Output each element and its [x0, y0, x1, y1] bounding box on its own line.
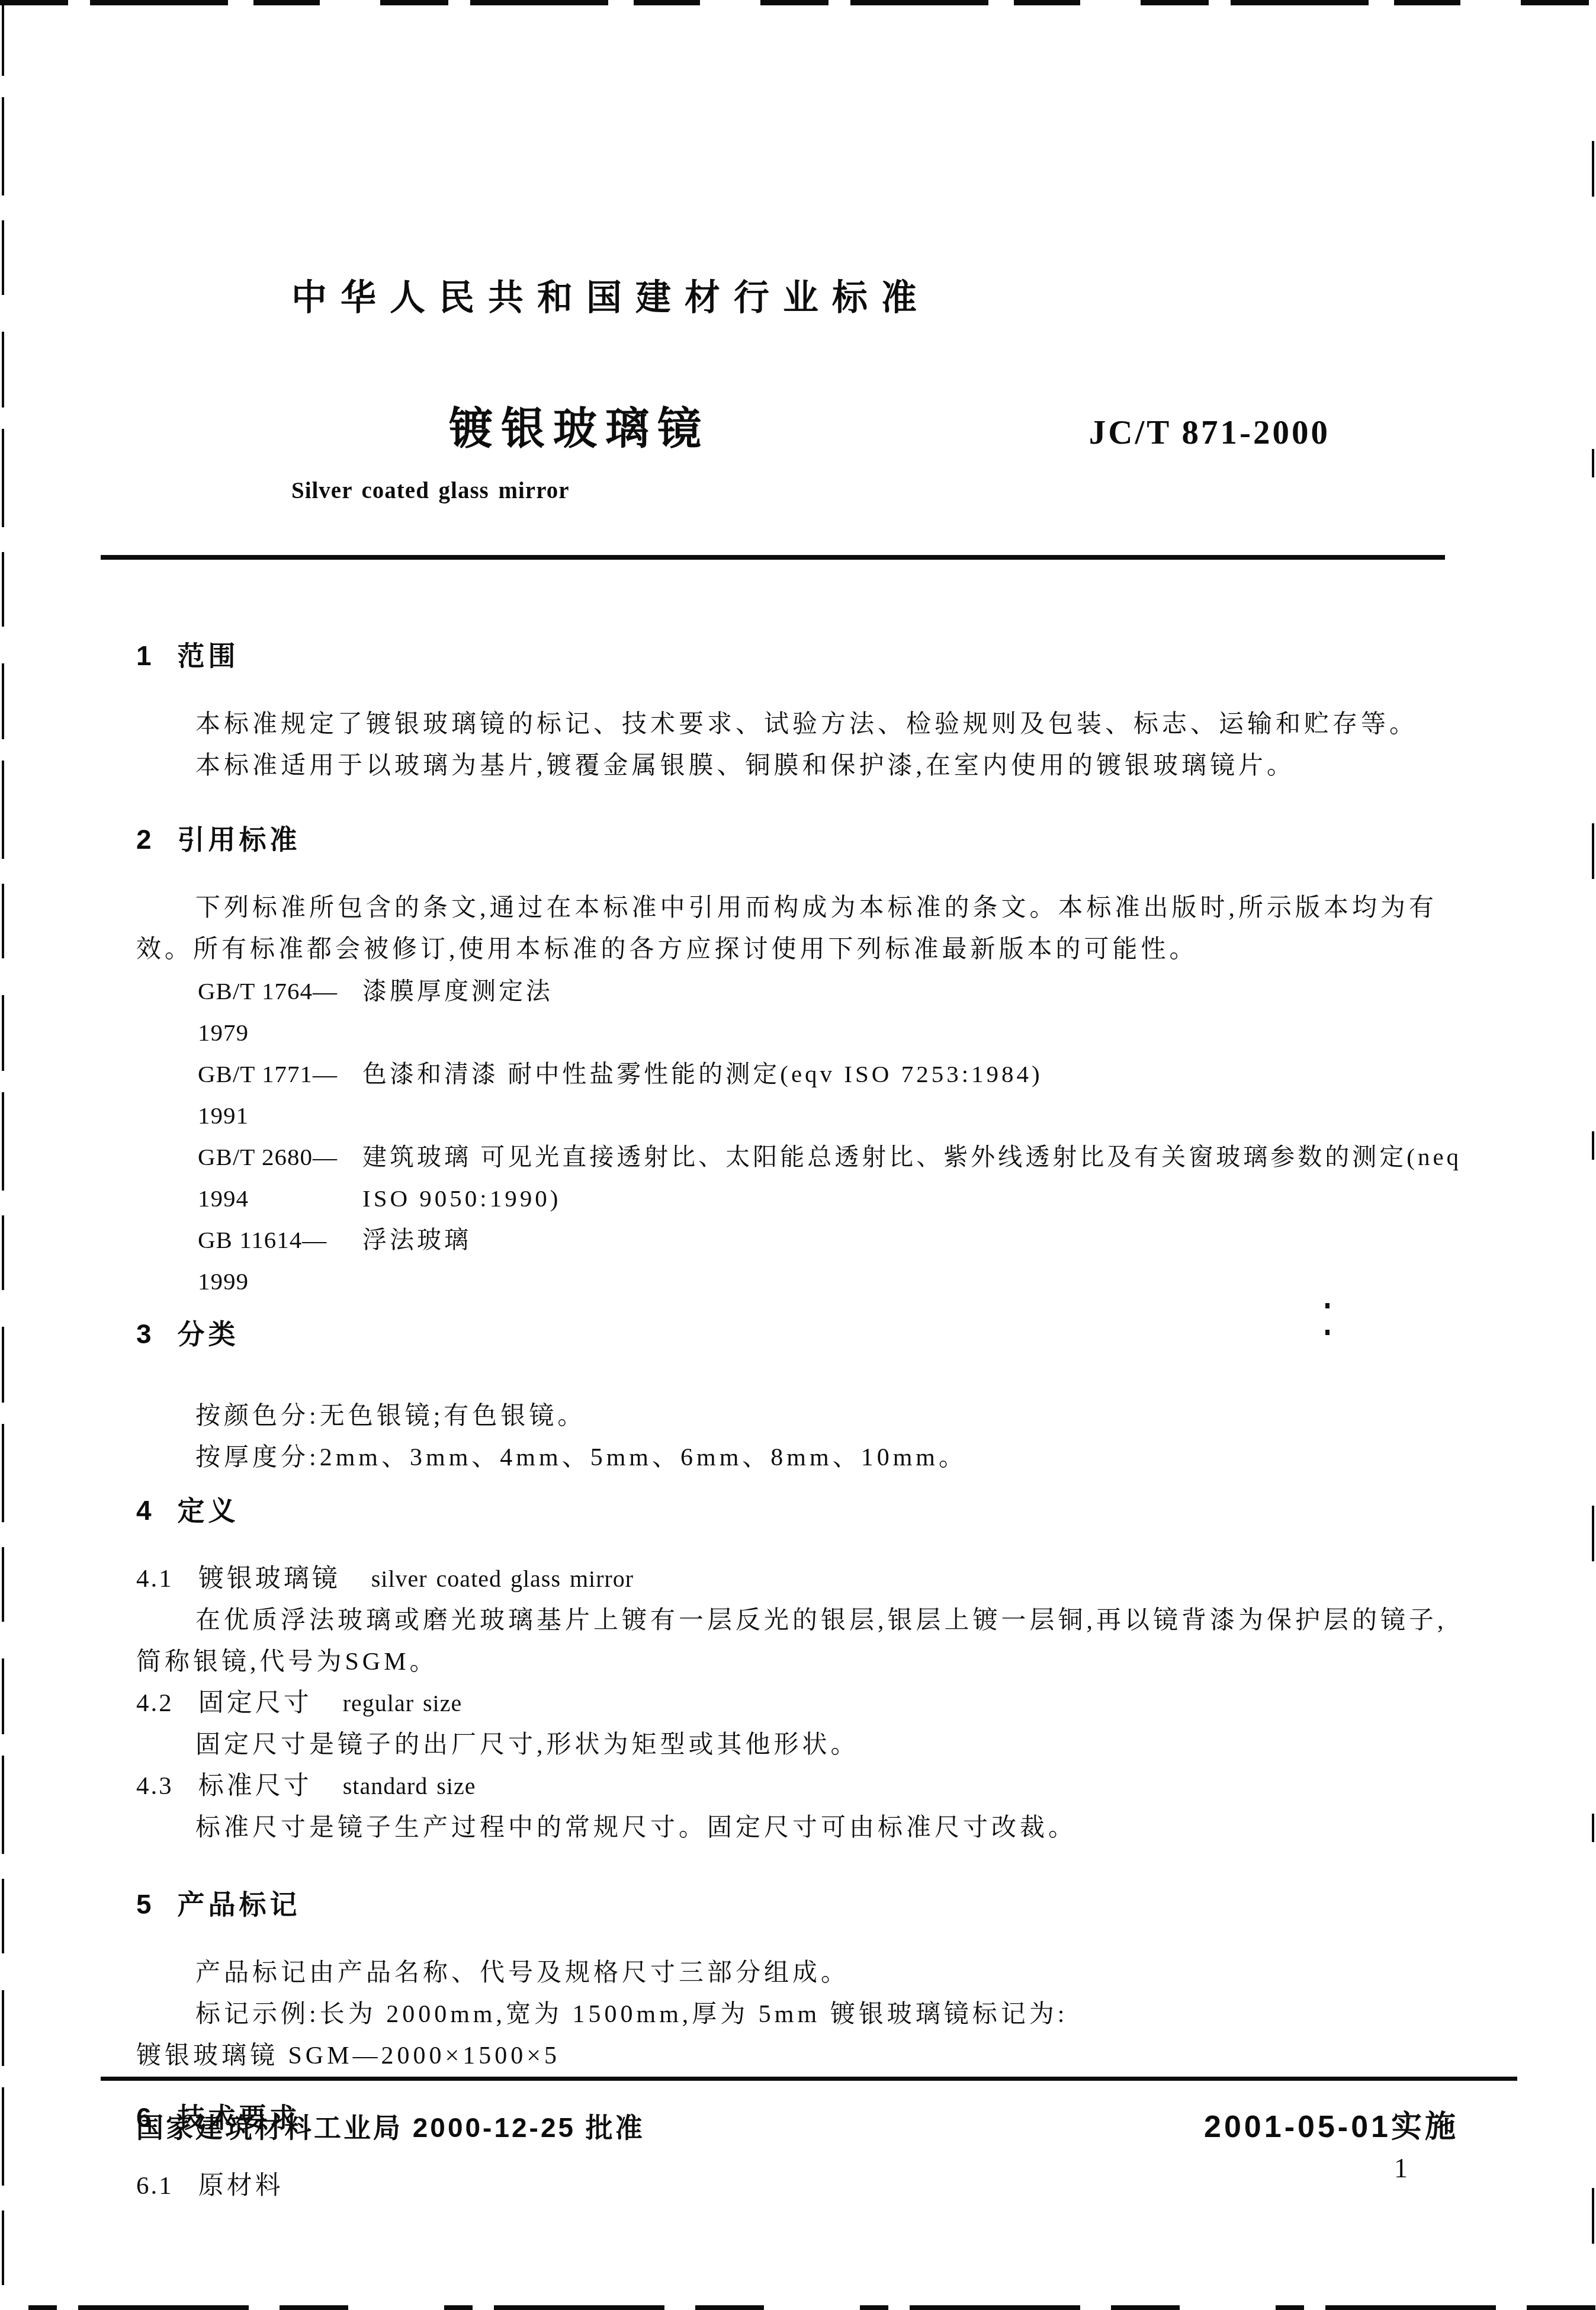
section-1-title: 范围	[178, 640, 239, 671]
term-chinese: 镀银玻璃镜	[198, 1565, 341, 1593]
section-5-title: 产品标记	[178, 1889, 301, 1920]
classification-by-thickness: 按厚度分:2mm、3mm、4mm、5mm、6mm、8mm、10mm。	[136, 1437, 1463, 1478]
section-3-body: 按颜色分:无色银镜;有色银镜。 按厚度分:2mm、3mm、4mm、5mm、6mm…	[136, 1395, 1463, 1478]
section-normative-references: 2引用标准 下列标准所包含的条文,通过在本标准中引用而构成为本标准的条文。本标准…	[136, 822, 1463, 1302]
section-3-heading: 3分类	[136, 1317, 1463, 1351]
footer-row: 国家建筑材料工业局 2000-12-25 批准 2001-05-01实施	[136, 2102, 1459, 2146]
section-4-heading: 4定义	[136, 1493, 1463, 1528]
section-3-title: 分类	[178, 1318, 239, 1349]
clause-number: 6.1	[136, 2172, 174, 2200]
section-1-heading: 1范围	[136, 639, 1463, 673]
section-4-number: 4	[136, 1495, 152, 1526]
section-4-title: 定义	[178, 1495, 239, 1526]
definition-term-row: 4.1镀银玻璃镜silver coated glass mirror	[136, 1558, 1463, 1600]
footer-divider-rule	[101, 2077, 1517, 2081]
subclause-row: 6.1原材料	[136, 2165, 1463, 2207]
definition-text: 固定尺寸是镜子的出厂尺寸,形状为矩型或其他形状。	[136, 1724, 1463, 1766]
references-intro: 下列标准所包含的条文,通过在本标准中引用而构成为本标准的条文。本标准出版时,所示…	[136, 887, 1463, 970]
reference-title: 浮法玻璃	[362, 1219, 1463, 1302]
standard-number: JC/T 871-2000	[1089, 413, 1330, 452]
title-divider-rule	[101, 555, 1445, 560]
clause-number: 4.1	[136, 1565, 174, 1593]
section-4-body: 4.1镀银玻璃镜silver coated glass mirror 在优质浮法…	[136, 1558, 1463, 1849]
section-5-heading: 5产品标记	[136, 1887, 1463, 1921]
scope-paragraph-2: 本标准适用于以玻璃为基片,镀覆金属银膜、铜膜和保护漆,在室内使用的镀银玻璃镜片。	[136, 745, 1463, 787]
classification-by-color: 按颜色分:无色银镜;有色银镜。	[136, 1395, 1463, 1437]
section-6-body: 6.1原材料	[136, 2165, 1463, 2207]
reference-item: GB 11614—1999 浮法玻璃	[198, 1219, 1463, 1302]
definition-text: 标准尺寸是镜子生产过程中的常规尺寸。固定尺寸可由标准尺寸改裁。	[136, 1807, 1463, 1849]
approval-statement: 国家建筑材料工业局 2000-12-25 批准	[136, 2106, 645, 2145]
subclause-title: 原材料	[198, 2172, 284, 2200]
section-1-body: 本标准规定了镀银玻璃镜的标记、技术要求、试验方法、检验规则及包装、标志、运输和贮…	[136, 704, 1463, 787]
clause-number: 4.2	[136, 1689, 174, 1717]
implementation-date: 2001-05-01实施	[1204, 2102, 1459, 2146]
term-english: regular size	[343, 1690, 462, 1717]
section-definitions: 4定义 4.1镀银玻璃镜silver coated glass mirror 在…	[136, 1493, 1463, 1849]
section-2-number: 2	[136, 824, 152, 855]
standard-kicker: 中华人民共和国建材行业标准	[291, 278, 1463, 317]
section-5-number: 5	[136, 1889, 152, 1920]
scanned-standard-page: 中华人民共和国建材行业标准 镀银玻璃镜 JC/T 871-2000 Silver…	[0, 0, 1596, 2310]
document-content: 中华人民共和国建材行业标准 镀银玻璃镜 JC/T 871-2000 Silver…	[0, 0, 1596, 2207]
reference-title: 色漆和清漆 耐中性盐雾性能的测定(eqv ISO 7253:1984)	[362, 1053, 1463, 1136]
marking-composition: 产品标记由产品名称、代号及规格尺寸三部分组成。	[136, 1952, 1463, 1994]
scope-paragraph-1: 本标准规定了镀银玻璃镜的标记、技术要求、试验方法、检验规则及包装、标志、运输和贮…	[136, 704, 1463, 745]
reference-item: GB/T 1771—1991 色漆和清漆 耐中性盐雾性能的测定(eqv ISO …	[198, 1053, 1463, 1136]
reference-code: GB/T 1764—1979	[198, 970, 362, 1053]
marking-example-intro: 标记示例:长为 2000mm,宽为 1500mm,厚为 5mm 镀银玻璃镜标记为…	[136, 1994, 1463, 2035]
section-3-number: 3	[136, 1318, 152, 1349]
scan-border-bottom	[0, 2305, 1596, 2310]
title-row: 镀银玻璃镜 JC/T 871-2000	[136, 405, 1463, 453]
section-2-title: 引用标准	[178, 824, 301, 855]
reference-code: GB 11614—1999	[198, 1219, 362, 1302]
reference-title: 漆膜厚度测定法	[362, 970, 1463, 1053]
reference-item: GB/T 1764—1979 漆膜厚度测定法	[198, 970, 1463, 1053]
definition-text: 在优质浮法玻璃或磨光玻璃基片上镀有一层反光的银层,银层上镀一层铜,再以镜背漆为保…	[136, 1600, 1463, 1683]
section-scope: 1范围 本标准规定了镀银玻璃镜的标记、技术要求、试验方法、检验规则及包装、标志、…	[136, 639, 1463, 787]
section-2-heading: 2引用标准	[136, 822, 1463, 856]
marking-example: 镀银玻璃镜 SGM—2000×1500×5	[136, 2035, 1463, 2077]
document-title-en: Silver coated glass mirror	[291, 477, 1463, 504]
term-chinese: 固定尺寸	[198, 1689, 312, 1717]
definition-term-row: 4.2固定尺寸regular size	[136, 1683, 1463, 1724]
reference-code: GB/T 2680—1994	[198, 1136, 362, 1219]
section-5-body: 产品标记由产品名称、代号及规格尺寸三部分组成。 标记示例:长为 2000mm,宽…	[136, 1952, 1463, 2077]
section-1-number: 1	[136, 640, 152, 671]
term-english: standard size	[343, 1773, 476, 1799]
definition-term-row: 4.3标准尺寸standard size	[136, 1766, 1463, 1807]
reference-code: GB/T 1771—1991	[198, 1053, 362, 1136]
document-title-cn: 镀银玻璃镜	[449, 405, 709, 453]
section-product-marking: 5产品标记 产品标记由产品名称、代号及规格尺寸三部分组成。 标记示例:长为 20…	[136, 1887, 1463, 2077]
page-number: 1	[1394, 2152, 1408, 2184]
clause-number: 4.3	[136, 1772, 174, 1800]
section-classification: 3分类 按颜色分:无色银镜;有色银镜。 按厚度分:2mm、3mm、4mm、5mm…	[136, 1317, 1463, 1478]
section-2-body: 下列标准所包含的条文,通过在本标准中引用而构成为本标准的条文。本标准出版时,所示…	[136, 887, 1463, 1302]
reference-item: GB/T 2680—1994 建筑玻璃 可见光直接透射比、太阳能总透射比、紫外线…	[198, 1136, 1463, 1219]
term-chinese: 标准尺寸	[198, 1772, 312, 1800]
term-english: silver coated glass mirror	[371, 1565, 634, 1592]
reference-title: 建筑玻璃 可见光直接透射比、太阳能总透射比、紫外线透射比及有关窗玻璃参数的测定(…	[362, 1136, 1463, 1219]
